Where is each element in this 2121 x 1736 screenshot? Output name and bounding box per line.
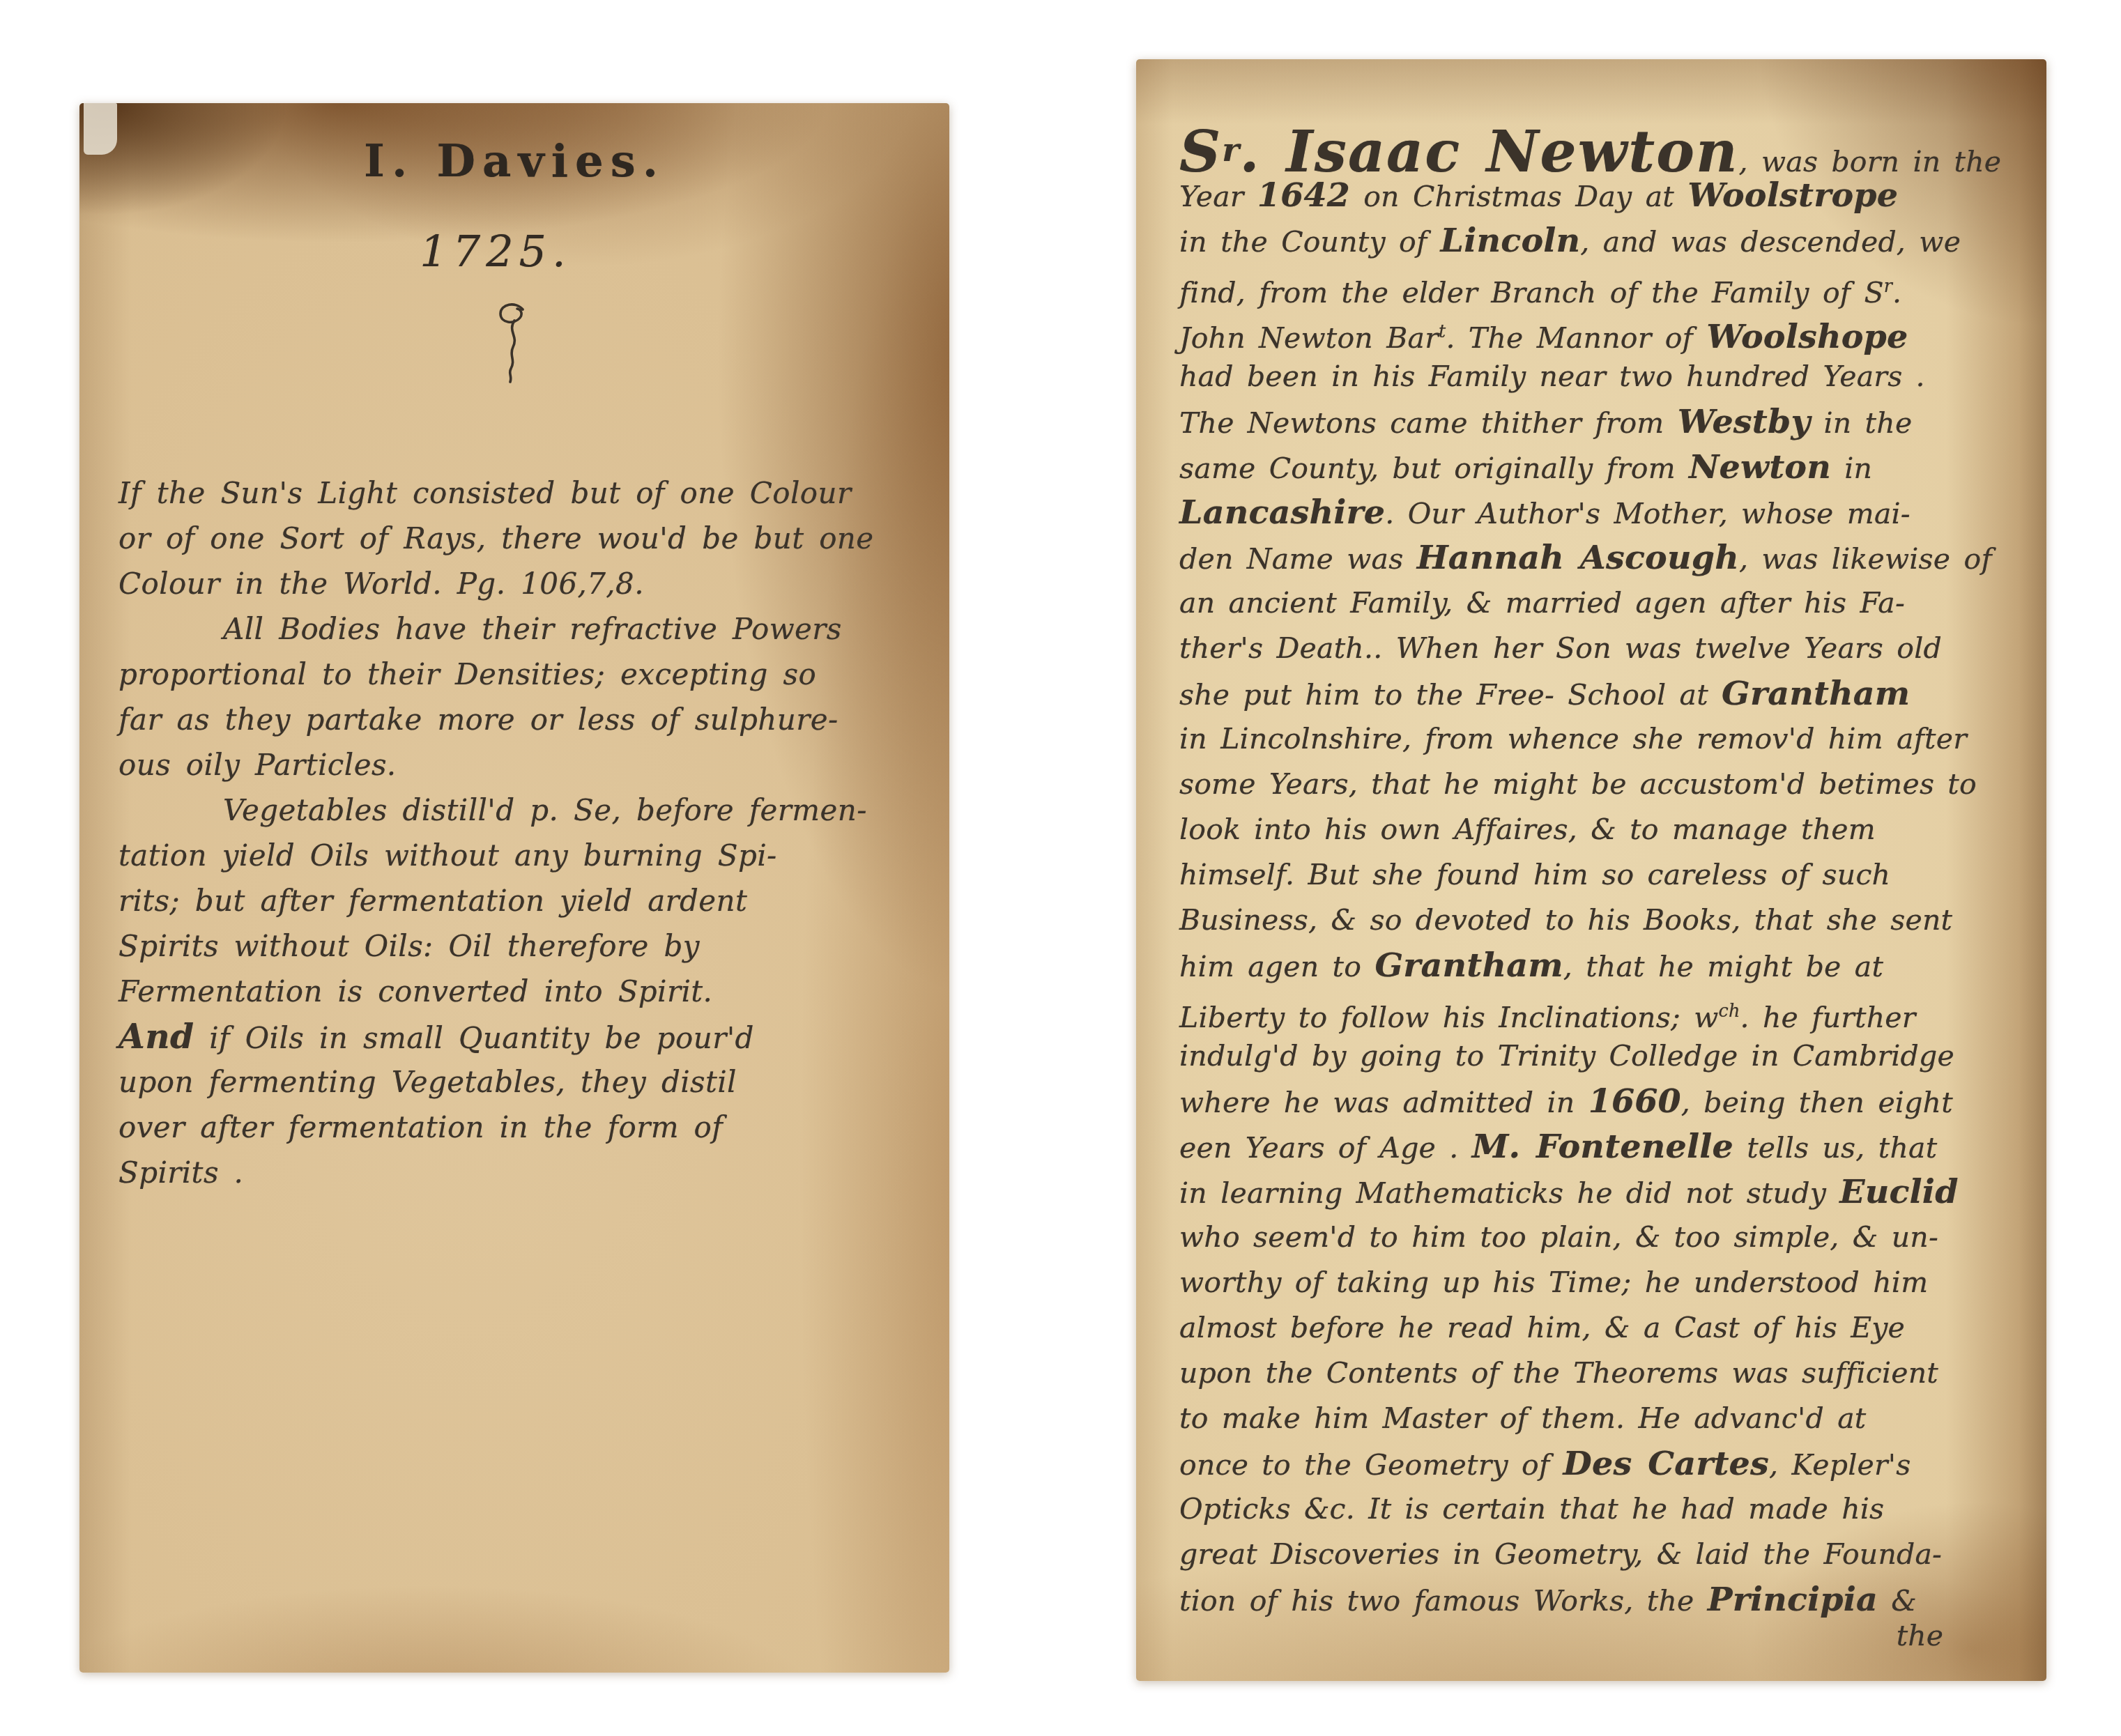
manuscript-line: himself. But she found him so careless o… <box>1179 852 2001 898</box>
manuscript-text-segment: , was likewise of <box>1739 542 1992 576</box>
manuscript-line: same County, but originally from Newton … <box>1179 445 2001 490</box>
manuscript-text-segment: tation yield Oils without any burning Sp… <box>118 838 777 873</box>
manuscript-text-segment: Hannah Ascough <box>1417 538 1739 577</box>
manuscript-line: ous oily Particles. <box>118 742 874 788</box>
manuscript-line: Liberty to follow his Inclinations; wch.… <box>1179 988 2001 1034</box>
manuscript-line: where he was admitted in 1660, being the… <box>1179 1079 2001 1124</box>
manuscript-text-segment: , that he might be at <box>1563 950 1883 983</box>
manuscript-text-segment: Colour in the World. Pg. 106,7,8. <box>118 567 644 601</box>
manuscript-text-segment: find, from the elder Branch of the Famil… <box>1179 276 1884 309</box>
manuscript-line: een Years of Age . M. Fontenelle tells u… <box>1179 1124 2001 1169</box>
manuscript-line: Spirits without Oils: Oil therefore by <box>118 923 874 969</box>
manuscript-line: look into his own Affaires, & to manage … <box>1179 807 2001 852</box>
manuscript-text-segment: , being then eight <box>1681 1086 1953 1119</box>
manuscript-text-segment: , and was descended, we <box>1580 225 1961 259</box>
manuscript-text-segment: if Oils in small Quantity be pour'd <box>194 1021 754 1055</box>
manuscript-line: she put him to the Free- School at Grant… <box>1179 671 2001 716</box>
manuscript-text-segment: Fermentation is converted into Spirit. <box>118 974 712 1008</box>
manuscript-line: The Newtons came thither from Westby in … <box>1179 399 2001 445</box>
catchword: the <box>1897 1619 1943 1652</box>
manuscript-text-segment: look into his own Affaires, & to manage … <box>1179 813 1876 846</box>
manuscript-line: tation yield Oils without any burning Sp… <box>118 833 874 878</box>
manuscript-line: proportional to their Densities; excepti… <box>118 652 874 697</box>
flourish-mark <box>491 300 535 392</box>
manuscript-line: to make him Master of them. He advanc'd … <box>1179 1396 2001 1441</box>
manuscript-text-segment: 1642 <box>1257 176 1350 215</box>
manuscript-line: indulg'd by going to Trinity Colledge in… <box>1179 1034 2001 1079</box>
manuscript-text-segment: indulg'd by going to Trinity Colledge in… <box>1179 1039 1954 1073</box>
manuscript-text-segment: Liberty to follow his Inclinations; w <box>1179 1001 1719 1034</box>
manuscript-text-segment: een Years of Age . <box>1179 1131 1472 1165</box>
manuscript-text-segment: great Discoveries in Geometry, & laid th… <box>1179 1537 1942 1571</box>
manuscript-text-segment: almost before he read him, & a Cast of h… <box>1179 1311 1905 1344</box>
manuscript-text-segment: Grantham <box>1375 946 1563 985</box>
manuscript-text-segment: had been in his Family near two hundred … <box>1179 360 1925 393</box>
year-inscription: 1725. <box>79 226 949 277</box>
manuscript-line: All Bodies have their refractive Powers <box>118 606 874 652</box>
manuscript-text-segment: Vegetables distill'd p. Se, before ferme… <box>223 793 867 827</box>
manuscript-text-segment: Woolstrope <box>1687 176 1898 215</box>
manuscript-text-segment: upon fermenting Vegetables, they distil <box>118 1065 737 1099</box>
manuscript-text-segment: r <box>1884 275 1892 296</box>
manuscript-text-segment: John Newton Bar <box>1179 321 1439 355</box>
manuscript-line: Vegetables distill'd p. Se, before ferme… <box>118 788 874 833</box>
manuscript-text-segment: to make him Master of them. He advanc'd … <box>1179 1401 1867 1435</box>
manuscript-line: upon the Contents of the Theorems was su… <box>1179 1351 2001 1396</box>
manuscript-scan: I. Davies. 1725. If the Sun's Light cons… <box>0 0 2121 1736</box>
manuscript-text-segment: in the <box>1810 406 1912 440</box>
manuscript-text-segment: in <box>1831 452 1872 485</box>
manuscript-text-segment: , Kepler's <box>1769 1448 1911 1482</box>
manuscript-text-segment: once to the Geometry of <box>1179 1448 1563 1482</box>
manuscript-text-segment: M. Fontenelle <box>1472 1127 1733 1166</box>
manuscript-line: tion of his two famous Works, the Princi… <box>1179 1577 2001 1622</box>
manuscript-text-segment: rits; but after fermentation yield arden… <box>118 884 747 918</box>
manuscript-line: Opticks &c. It is certain that he had ma… <box>1179 1487 2001 1532</box>
manuscript-text-segment: Des Cartes <box>1563 1444 1770 1483</box>
manuscript-line: Business, & so devoted to his Books, tha… <box>1179 898 2001 943</box>
manuscript-text-segment: over after fermentation in the form of <box>118 1110 723 1144</box>
manuscript-text-segment: 1660 <box>1588 1082 1681 1121</box>
manuscript-line: worthy of taking up his Time; he underst… <box>1179 1260 2001 1305</box>
manuscript-text-segment: Opticks &c. It is certain that he had ma… <box>1179 1492 1884 1526</box>
manuscript-line: ther's Death.. When her Son was twelve Y… <box>1179 626 2001 671</box>
manuscript-text-segment: or of one Sort of Rays, there wou'd be b… <box>118 521 874 555</box>
manuscript-text-segment: in the County of <box>1179 225 1441 259</box>
right-page-text: Sr. Isaac Newton, was born in theYear 16… <box>1179 128 2001 1622</box>
manuscript-line: or of one Sort of Rays, there wou'd be b… <box>118 516 874 561</box>
manuscript-line: who seem'd to him too plain, & too simpl… <box>1179 1215 2001 1260</box>
manuscript-line: great Discoveries in Geometry, & laid th… <box>1179 1532 2001 1577</box>
manuscript-text-segment: Spirits . <box>118 1155 243 1190</box>
manuscript-text-segment: Spirits without Oils: Oil therefore by <box>118 929 700 963</box>
manuscript-text-segment: Woolshope <box>1706 317 1908 356</box>
manuscript-text-segment: Euclid <box>1839 1172 1958 1211</box>
manuscript-line: Lancashire. Our Author's Mother, whose m… <box>1179 490 2001 535</box>
left-page-text: If the Sun's Light consisted but of one … <box>118 470 874 1195</box>
manuscript-text-segment: same County, but originally from <box>1179 452 1689 485</box>
manuscript-text-segment: she put him to the Free- School at <box>1179 678 1722 712</box>
manuscript-line: Fermentation is converted into Spirit. <box>118 969 874 1014</box>
manuscript-line: almost before he read him, & a Cast of h… <box>1179 1305 2001 1351</box>
manuscript-text-segment: in Lincolnshire, from whence she remov'd… <box>1179 722 1967 755</box>
manuscript-text-segment: upon the Contents of the Theorems was su… <box>1179 1356 1938 1390</box>
manuscript-line: Colour in the World. Pg. 106,7,8. <box>118 561 874 606</box>
manuscript-line: some Years, that he might be accustom'd … <box>1179 762 2001 807</box>
manuscript-line: in learning Mathematicks he did not stud… <box>1179 1169 2001 1215</box>
manuscript-text-segment: on Christmas Day at <box>1350 180 1687 213</box>
manuscript-line: And if Oils in small Quantity be pour'd <box>118 1014 874 1059</box>
manuscript-text-segment: . The Mannor of <box>1446 321 1706 355</box>
manuscript-line: upon fermenting Vegetables, they distil <box>118 1059 874 1105</box>
manuscript-text-segment: tells us, that <box>1733 1131 1937 1165</box>
manuscript-line: in the County of Lincoln, and was descen… <box>1179 218 2001 263</box>
manuscript-line: John Newton Bart. The Mannor of Woolshop… <box>1179 309 2001 354</box>
manuscript-text-segment: . he further <box>1740 1001 1916 1034</box>
manuscript-text-segment: r <box>1222 131 1239 169</box>
manuscript-text-segment: in learning Mathematicks he did not stud… <box>1179 1176 1839 1210</box>
manuscript-text-segment: Grantham <box>1722 674 1910 713</box>
manuscript-text-segment: tion of his two famous Works, the <box>1179 1584 1708 1618</box>
manuscript-line: once to the Geometry of Des Cartes, Kepl… <box>1179 1441 2001 1487</box>
manuscript-text-segment: him agen to <box>1179 950 1375 983</box>
manuscript-text-segment: . Our Author's Mother, whose mai- <box>1385 497 1911 530</box>
manuscript-text-segment: proportional to their Densities; excepti… <box>118 657 816 691</box>
left-page: I. Davies. 1725. If the Sun's Light cons… <box>79 103 949 1673</box>
manuscript-text-segment: Principia <box>1708 1580 1878 1619</box>
manuscript-text-segment: den Name was <box>1179 542 1417 576</box>
manuscript-text-segment: ther's Death.. When her Son was twelve Y… <box>1179 631 1942 665</box>
manuscript-text-segment: Year <box>1179 180 1257 213</box>
manuscript-line: Sr. Isaac Newton, was born in the <box>1179 128 2001 173</box>
manuscript-text-segment: far as they partake more or less of sulp… <box>118 702 839 737</box>
manuscript-text-segment: ous oily Particles. <box>118 748 397 782</box>
manuscript-text-segment: himself. But she found him so careless o… <box>1179 858 1890 891</box>
manuscript-line: Year 1642 on Christmas Day at Woolstrope <box>1179 173 2001 218</box>
manuscript-text-segment: worthy of taking up his Time; he underst… <box>1179 1266 1928 1299</box>
manuscript-text-segment: The Newtons came thither from <box>1179 406 1678 440</box>
manuscript-line: Spirits . <box>118 1150 874 1195</box>
manuscript-line: far as they partake more or less of sulp… <box>118 697 874 742</box>
manuscript-line: an ancient Family, & married agen after … <box>1179 581 2001 626</box>
manuscript-text-segment: Business, & so devoted to his Books, tha… <box>1179 903 1952 937</box>
manuscript-text-segment: And <box>118 1017 194 1057</box>
manuscript-text-segment: where he was admitted in <box>1179 1086 1588 1119</box>
manuscript-line: find, from the elder Branch of the Famil… <box>1179 263 2001 309</box>
manuscript-line: had been in his Family near two hundred … <box>1179 354 2001 399</box>
manuscript-line: him agen to Grantham, that he might be a… <box>1179 943 2001 988</box>
right-page: Sr. Isaac Newton, was born in theYear 16… <box>1136 59 2046 1681</box>
manuscript-text-segment: who seem'd to him too plain, & too simpl… <box>1179 1220 1938 1254</box>
manuscript-text-segment: . <box>1892 276 1901 309</box>
manuscript-text-segment: All Bodies have their refractive Powers <box>223 612 842 646</box>
manuscript-line: in Lincolnshire, from whence she remov'd… <box>1179 716 2001 762</box>
manuscript-text-segment: Newton <box>1689 447 1831 486</box>
manuscript-text-segment: ch <box>1719 1000 1740 1021</box>
manuscript-line: If the Sun's Light consisted but of one … <box>118 470 874 516</box>
manuscript-text-segment: some Years, that he might be accustom'd … <box>1179 767 1977 801</box>
manuscript-text-segment: an ancient Family, & married agen after … <box>1179 586 1905 620</box>
manuscript-text-segment: If the Sun's Light consisted but of one … <box>118 476 851 510</box>
manuscript-text-segment: Westby <box>1678 402 1811 441</box>
manuscript-text-segment: & <box>1878 1584 1917 1618</box>
manuscript-text-segment: Lincoln <box>1441 221 1581 260</box>
manuscript-text-segment: t <box>1439 321 1446 341</box>
manuscript-line: den Name was Hannah Ascough, was likewis… <box>1179 535 2001 581</box>
manuscript-text-segment: Lancashire <box>1179 493 1385 532</box>
manuscript-line: rits; but after fermentation yield arden… <box>118 878 874 923</box>
manuscript-line: over after fermentation in the form of <box>118 1105 874 1150</box>
owner-inscription: I. Davies. <box>79 135 949 187</box>
